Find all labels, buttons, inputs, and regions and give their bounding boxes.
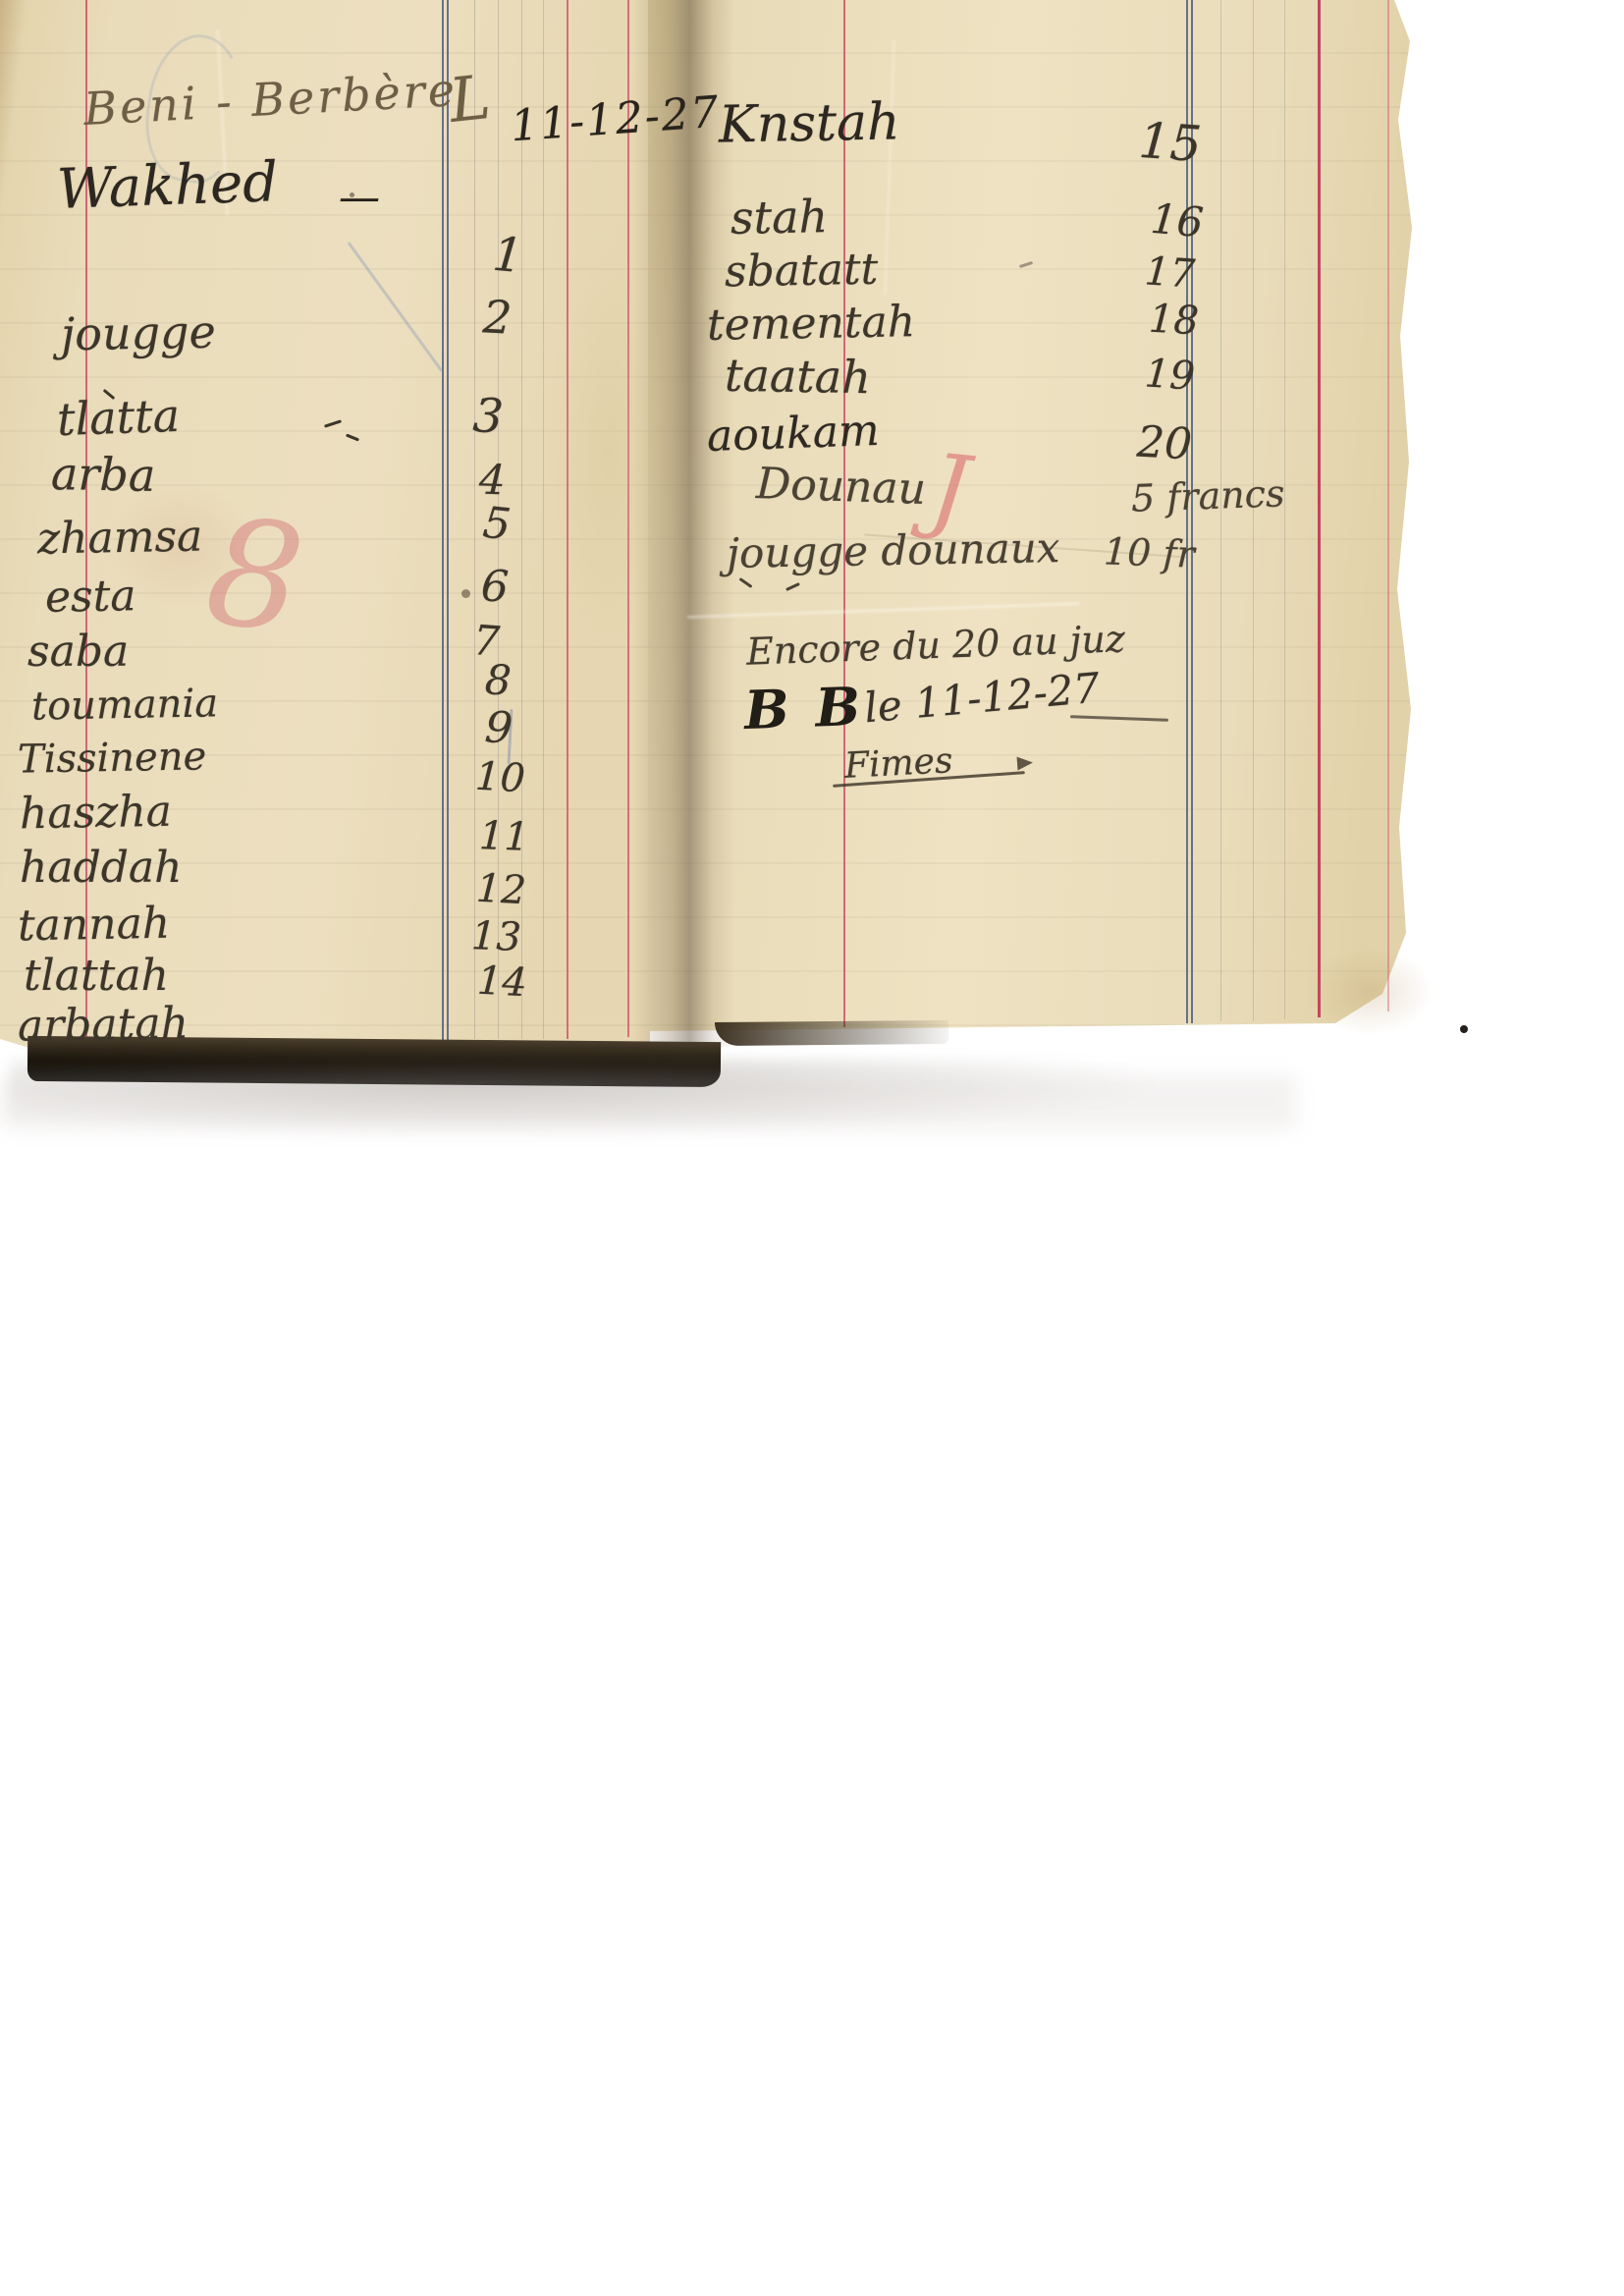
left-number-2: 2 (482, 294, 514, 340)
right-amount-5-francs: 5 francs (1130, 474, 1285, 517)
right-number-20: 20 (1136, 421, 1193, 467)
right-red-column-1 (1318, 0, 1321, 1017)
left-word-3: tlatta (56, 393, 181, 442)
left-number-5: 5 (481, 502, 513, 548)
left-word-7: saba (27, 630, 129, 674)
right-word-18: tementah (707, 301, 916, 348)
right-word-17: sbatatt (725, 248, 879, 295)
left-dash: — (339, 177, 380, 218)
book-dark-edge-right (715, 1020, 948, 1046)
left-word-10: haszha (20, 791, 173, 837)
left-number-6: 6 (480, 565, 510, 609)
scanner-shadow-band (0, 1075, 1296, 1129)
left-word-9: Tissinene (18, 737, 207, 779)
right-red-column-2 (1387, 0, 1389, 1011)
left-number-13: 13 (470, 916, 521, 957)
right-word-16: stah (731, 193, 829, 241)
note-initials-bb: B B (743, 680, 865, 737)
left-word-14: arbatah (18, 1002, 189, 1048)
left-number-11: 11 (478, 816, 529, 857)
right-number-19: 19 (1144, 354, 1197, 396)
left-word-12: tannah (18, 902, 171, 949)
left-number-4: 4 (478, 460, 506, 502)
paper-hole (461, 589, 470, 598)
left-word-5: zhamsa (37, 516, 203, 562)
right-amount-10-fr: 10 fr (1103, 532, 1195, 573)
right-number-18: 18 (1148, 300, 1200, 342)
left-faint-column-1 (474, 0, 475, 1039)
left-number-9: 9 (483, 706, 514, 751)
right-word-20: aoukam (706, 410, 880, 459)
right-page (648, 0, 1434, 1041)
left-word-13: tlattah (24, 955, 169, 998)
left-word-1: Wakhed (56, 155, 279, 218)
left-word-11: haddah (20, 847, 182, 890)
right-number-17: 17 (1144, 251, 1197, 294)
left-number-1: 1 (491, 231, 525, 280)
left-red-column-2 (627, 0, 629, 1037)
right-word-15: Knstah (719, 96, 900, 150)
left-number-12: 12 (475, 869, 527, 911)
red-pencil-eight: 8 (199, 498, 310, 656)
left-red-column-1 (567, 0, 568, 1039)
strike-arrow-head (1017, 755, 1034, 770)
right-number-16: 16 (1149, 198, 1205, 244)
left-number-14: 14 (476, 961, 528, 1004)
left-blue-double-line-b (447, 0, 449, 1041)
left-faint-column-4 (543, 0, 544, 1039)
left-number-3: 3 (471, 392, 505, 441)
left-word-8: toumania (31, 683, 219, 726)
left-number-10: 10 (474, 757, 526, 799)
right-word-jougge-dounaux: jougge dounaux (727, 527, 1060, 574)
right-number-15: 15 (1137, 116, 1203, 169)
right-word-19: taatah (725, 353, 872, 401)
dust-speck (1460, 1025, 1468, 1033)
left-number-8: 8 (484, 659, 513, 701)
book-spine-fold (633, 0, 735, 1047)
left-word-4: arba (51, 451, 156, 498)
left-word-6: esta (45, 574, 136, 620)
notebook-scan: Beni - Berbère L 11-12-27 Wakhed — 1 jou… (0, 0, 1624, 2296)
left-header-le: L (447, 67, 493, 132)
right-margin-red-line (843, 0, 845, 1027)
left-word-2: jougge (61, 309, 216, 357)
left-blue-double-line-a (442, 0, 444, 1041)
right-word-dounau: Dounau (755, 463, 926, 512)
